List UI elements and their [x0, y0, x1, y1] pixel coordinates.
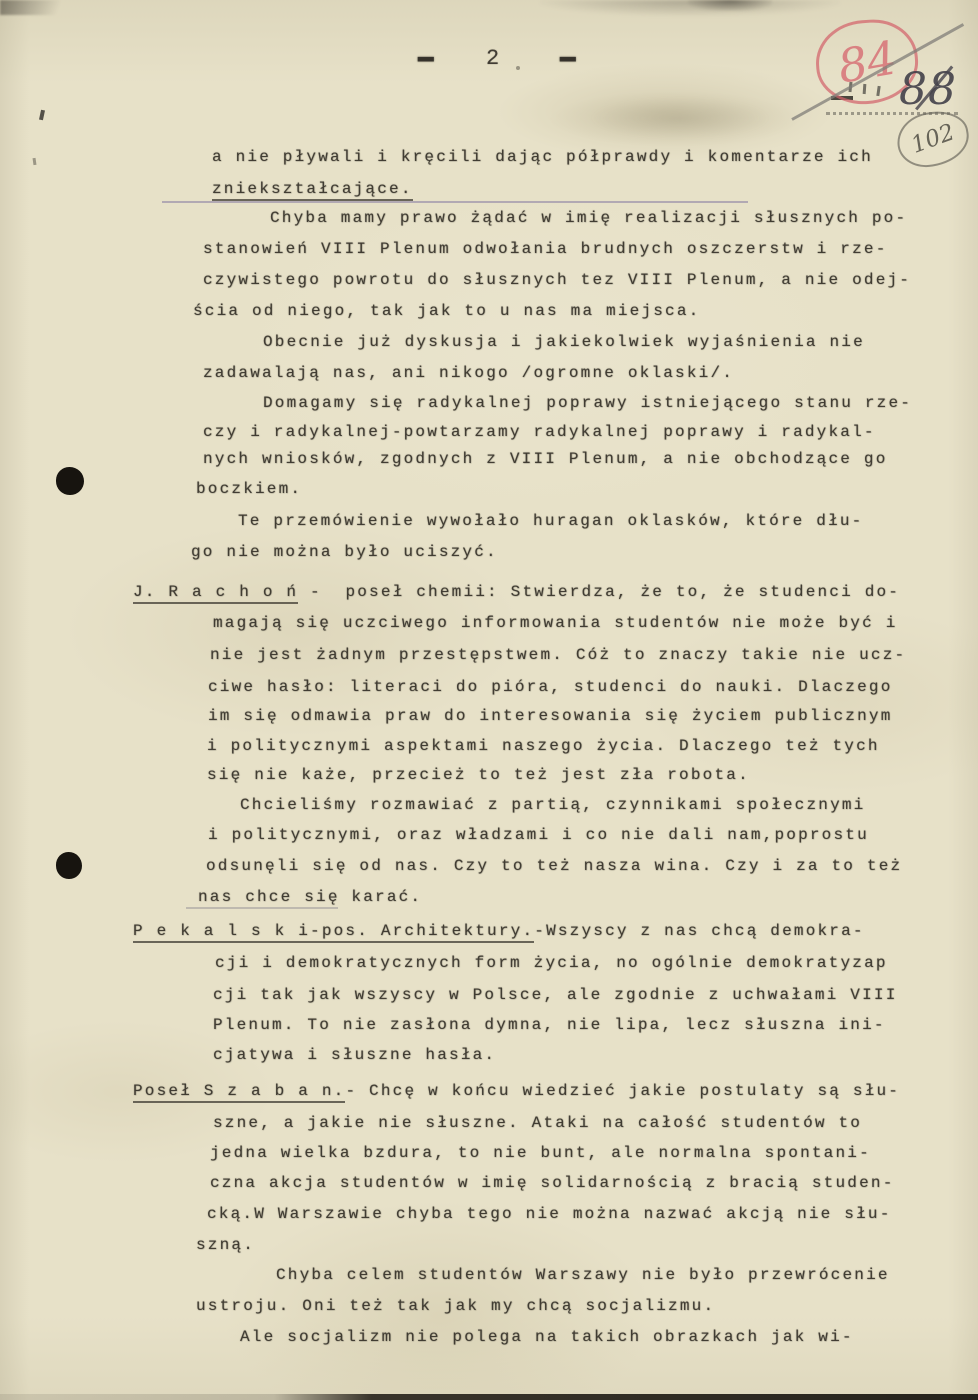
- text-segment: i politycznymi, oraz władzami i co nie d…: [208, 826, 869, 844]
- text-segment: im się odmawia praw do interesowania się…: [208, 707, 893, 725]
- text-line: czy i radykalnej-powtarzamy radykalnej p…: [203, 421, 876, 443]
- text-segment: boczkiem.: [196, 480, 302, 498]
- text-line: i politycznymi, oraz władzami i co nie d…: [208, 824, 869, 846]
- text-line: czywistego powrotu do słusznych tez VIII…: [203, 269, 911, 291]
- text-line: J. R a c h o ń - poseł chemii: Stwierdza…: [133, 581, 900, 603]
- text-line: stanowień VIII Plenum odwołania brudnych…: [203, 238, 888, 260]
- text-segment: i politycznymi aspektami naszego życia. …: [207, 737, 880, 755]
- text-segment: szne, a jakie nie słuszne. Ataki na cało…: [213, 1114, 862, 1132]
- text-line: cką.W Warszawie chyba tego nie można naz…: [207, 1203, 892, 1225]
- text-segment: jedna wielka bzdura, to nie bunt, ale no…: [210, 1144, 871, 1162]
- text-line: Chyba mamy prawo żądać w imię realizacji…: [270, 207, 907, 229]
- underlined-text-segment: P e k a l s k i-pos. Architektury.: [133, 922, 534, 943]
- text-line: jedna wielka bzdura, to nie bunt, ale no…: [210, 1142, 871, 1164]
- text-line: Chcieliśmy rozmawiać z partią, czynnikam…: [240, 794, 865, 816]
- text-line: nas chce się karać.: [198, 886, 422, 908]
- text-segment: cji tak jak wszyscy w Polsce, ale zgodni…: [213, 986, 898, 1004]
- text-line: Poseł S z a b a n.- Chcę w końcu wiedzie…: [133, 1080, 900, 1102]
- text-line: zadawalają nas, ani nikogo /ogromne okla…: [203, 362, 734, 384]
- text-segment: czywistego powrotu do słusznych tez VIII…: [203, 271, 911, 289]
- text-segment: ustroju. Oni też tak jak my chcą socjali…: [196, 1297, 715, 1315]
- text-segment: się nie każe, przecież to też jest zła r…: [207, 766, 750, 784]
- text-segment: - poseł chemii: Stwierdza, że to, że stu…: [298, 583, 900, 601]
- text-line: się nie każe, przecież to też jest zła r…: [207, 764, 750, 786]
- text-line: P e k a l s k i-pos. Architektury.-Wszys…: [133, 920, 865, 942]
- text-segment: Chcieliśmy rozmawiać z partią, czynnikam…: [240, 796, 865, 814]
- text-segment: czna akcja studentów w imię solidarności…: [210, 1174, 895, 1192]
- text-segment: go nie można było uciszyć.: [191, 543, 498, 561]
- text-segment: Plenum. To nie zasłona dymna, nie lipa, …: [213, 1016, 886, 1034]
- text-segment: czy i radykalnej-powtarzamy radykalnej p…: [203, 423, 876, 441]
- text-segment: -Wszyscy z nas chcą demokra-: [534, 922, 864, 940]
- text-segment: cji i demokratycznych form życia, no ogó…: [215, 954, 888, 972]
- text-line: szne, a jakie nie słuszne. Ataki na cało…: [213, 1112, 862, 1134]
- text-line: cji i demokratycznych form życia, no ogó…: [215, 952, 888, 974]
- text-segment: zadawalają nas, ani nikogo /ogromne okla…: [203, 364, 734, 382]
- underlined-text-segment: zniekształcające.: [212, 180, 413, 201]
- underlined-text-segment: Poseł S z a b a n.: [133, 1082, 345, 1103]
- text-segment: szną.: [196, 1236, 255, 1254]
- text-segment: nych wniosków, zgodnych z VIII Plenum, a…: [203, 450, 888, 468]
- text-line: i politycznymi aspektami naszego życia. …: [207, 735, 880, 757]
- text-segment: Te przemówienie wywołało huragan oklaskó…: [238, 512, 863, 530]
- text-line: nych wniosków, zgodnych z VIII Plenum, a…: [203, 448, 888, 470]
- text-line: im się odmawia praw do interesowania się…: [208, 705, 893, 727]
- text-segment: ciwe hasło: literaci do pióra, studenci …: [208, 678, 893, 696]
- text-segment: - Chcę w końcu wiedzieć jakie postulaty …: [345, 1082, 900, 1100]
- text-segment: nie jest żadnym przestępstwem. Cóż to zn…: [210, 646, 906, 664]
- text-segment: Obecnie już dyskusja i jakiekolwiek wyja…: [263, 333, 865, 351]
- text-line: magają się uczciwego informowania studen…: [213, 612, 898, 634]
- text-segment: ścia od niego, tak jak to u nas ma miejs…: [193, 302, 700, 320]
- text-segment: nas chce się karać.: [198, 888, 422, 906]
- text-segment: cką.W Warszawie chyba tego nie można naz…: [207, 1205, 892, 1223]
- typewritten-text-layer: a nie pływali i kręcili dając półprawdy …: [0, 0, 978, 1400]
- text-line: odsunęli się od nas. Czy to też nasza wi…: [206, 855, 902, 877]
- text-line: ustroju. Oni też tak jak my chcą socjali…: [196, 1295, 715, 1317]
- text-line: cjatywa i słuszne hasła.: [213, 1044, 496, 1066]
- text-segment: cjatywa i słuszne hasła.: [213, 1046, 496, 1064]
- scanned-document-page: - 2 - 84 88 102 a nie pływali i kręcili …: [0, 0, 978, 1400]
- underlined-text-segment: J. R a c h o ń: [133, 583, 298, 604]
- text-line: boczkiem.: [196, 478, 302, 500]
- archive-number: 102: [908, 119, 958, 158]
- text-segment: Domagamy się radykalnej poprawy istnieją…: [263, 394, 912, 412]
- text-segment: Chyba celem studentów Warszawy nie było …: [276, 1266, 890, 1284]
- text-segment: Chyba mamy prawo żądać w imię realizacji…: [270, 209, 907, 227]
- text-line: cji tak jak wszyscy w Polsce, ale zgodni…: [213, 984, 898, 1006]
- text-segment: stanowień VIII Plenum odwołania brudnych…: [203, 240, 888, 258]
- text-segment: odsunęli się od nas. Czy to też nasza wi…: [206, 857, 902, 875]
- text-line: Ale socjalizm nie polega na takich obraz…: [240, 1326, 854, 1348]
- text-line: czna akcja studentów w imię solidarności…: [210, 1172, 895, 1194]
- text-line: Te przemówienie wywołało huragan oklaskó…: [238, 510, 863, 532]
- text-line: Plenum. To nie zasłona dymna, nie lipa, …: [213, 1014, 886, 1036]
- text-line: a nie pływali i kręcili dając półprawdy …: [212, 146, 873, 168]
- text-line: zniekształcające.: [212, 178, 413, 200]
- text-line: szną.: [196, 1234, 255, 1256]
- text-line: Domagamy się radykalnej poprawy istnieją…: [263, 392, 912, 414]
- text-segment: magają się uczciwego informowania studen…: [213, 614, 898, 632]
- text-line: ciwe hasło: literaci do pióra, studenci …: [208, 676, 893, 698]
- text-line: Chyba celem studentów Warszawy nie było …: [276, 1264, 890, 1286]
- text-line: go nie można było uciszyć.: [191, 541, 498, 563]
- text-segment: Ale socjalizm nie polega na takich obraz…: [240, 1328, 854, 1346]
- text-line: nie jest żadnym przestępstwem. Cóż to zn…: [210, 644, 906, 666]
- text-line: Obecnie już dyskusja i jakiekolwiek wyja…: [263, 331, 865, 353]
- text-line: ścia od niego, tak jak to u nas ma miejs…: [193, 300, 700, 322]
- text-segment: a nie pływali i kręcili dając półprawdy …: [212, 148, 873, 166]
